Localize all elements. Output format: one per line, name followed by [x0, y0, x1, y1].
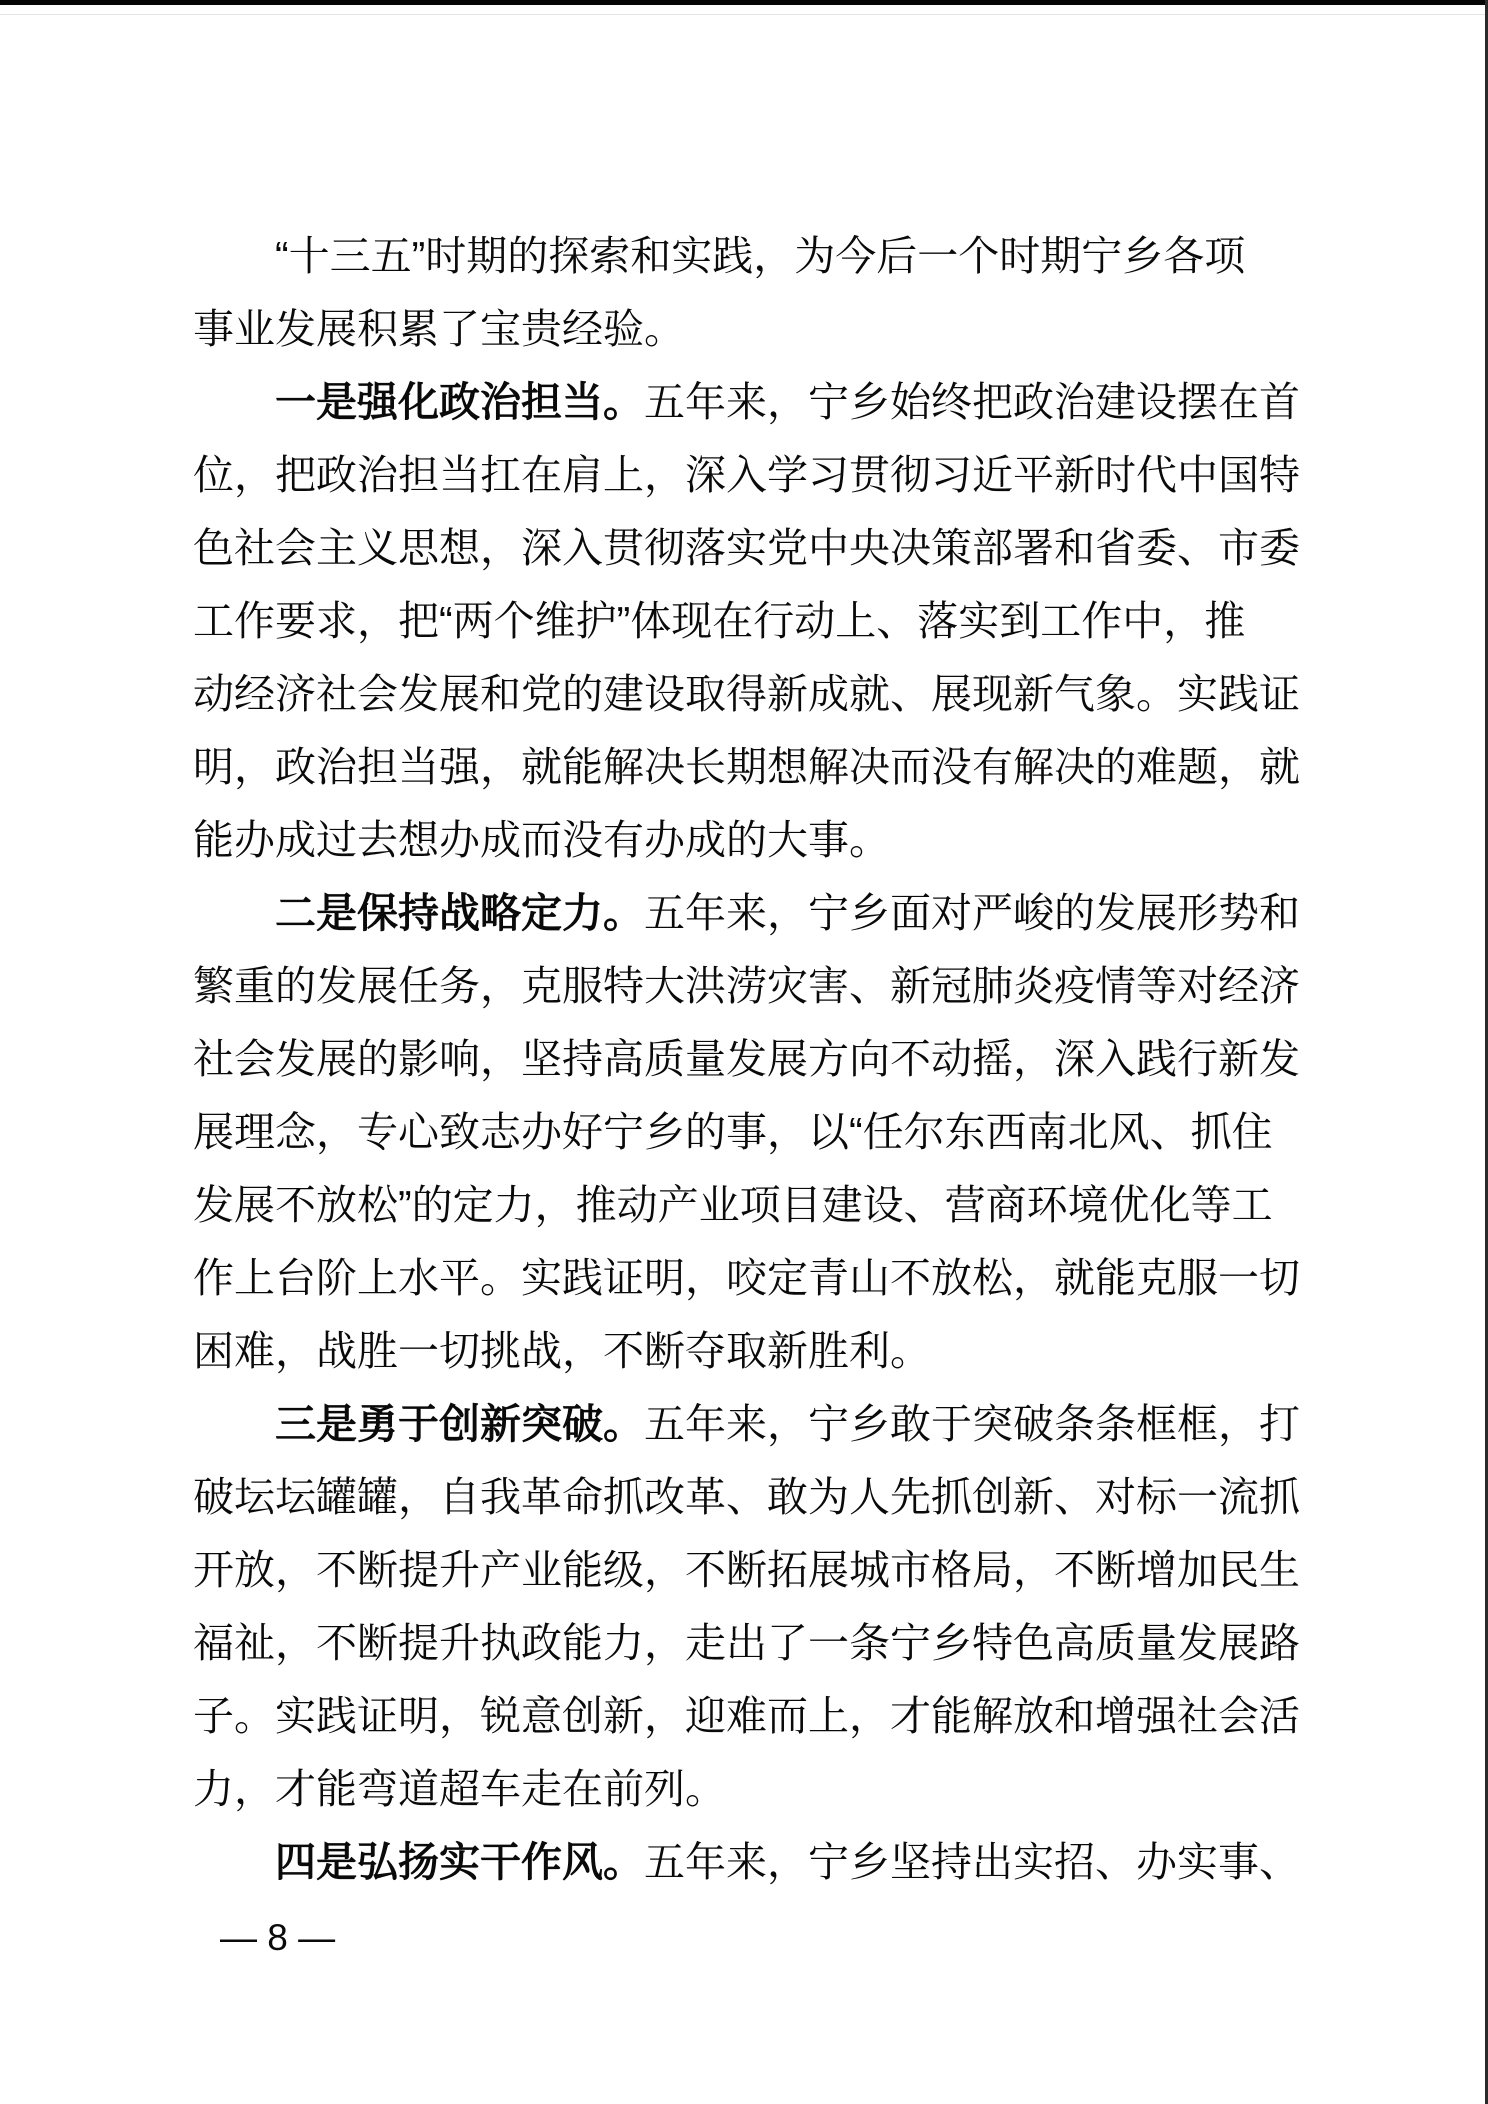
- text-run: 工作要求，把“两个维护”体现在行动上、落实到工作中，推: [193, 598, 1245, 644]
- bold-run: 一是强化政治担当。: [275, 379, 644, 425]
- text-line: 破坛坛罐罐，自我革命抓改革、敢为人先抓创新、对标一流抓: [193, 1461, 1303, 1534]
- text-run: 五年来，宁乡坚持出实招、办实事、: [644, 1839, 1300, 1885]
- scanned-document-page: “十三五”时期的探索和实践，为今后一个时期宁乡各项 事业发展积累了宝贵经验。 一…: [0, 0, 1488, 2104]
- text-run: 子。实践证明，锐意创新，迎难而上，才能解放和增强社会活: [193, 1693, 1300, 1739]
- text-line: “十三五”时期的探索和实践，为今后一个时期宁乡各项: [193, 220, 1303, 293]
- bold-run: 二是保持战略定力。: [275, 890, 644, 936]
- text-line: 明，政治担当强，就能解决长期想解决而没有解决的难题，就: [193, 731, 1303, 804]
- text-line: 困难，战胜一切挑战，不断夺取新胜利。: [193, 1315, 1303, 1388]
- text-line: 四是弘扬实干作风。五年来，宁乡坚持出实招、办实事、: [193, 1826, 1303, 1899]
- text-run: 位，把政治担当扛在肩上，深入学习贯彻习近平新时代中国特: [193, 452, 1300, 498]
- text-line: 二是保持战略定力。五年来，宁乡面对严峻的发展形势和: [193, 877, 1303, 950]
- text-run: 力，才能弯道超车走在前列。: [193, 1766, 726, 1812]
- page-number: — 8 —: [220, 1915, 335, 1961]
- text-run: 五年来，宁乡面对严峻的发展形势和: [644, 890, 1300, 936]
- bold-run: 四是弘扬实干作风。: [275, 1839, 644, 1885]
- bold-run: 三是勇于创新突破。: [275, 1401, 644, 1447]
- text-run: 作上台阶上水平。实践证明，咬定青山不放松，就能克服一切: [193, 1255, 1300, 1301]
- text-run: 繁重的发展任务，克服特大洪涝灾害、新冠肺炎疫情等对经济: [193, 963, 1300, 1009]
- scan-top-faint-line: [0, 14, 1488, 15]
- text-line: 事业发展积累了宝贵经验。: [193, 293, 1303, 366]
- document-body-text: “十三五”时期的探索和实践，为今后一个时期宁乡各项 事业发展积累了宝贵经验。 一…: [193, 220, 1303, 1899]
- text-line: 开放，不断提升产业能级，不断拓展城市格局，不断增加民生: [193, 1534, 1303, 1607]
- text-run: 能办成过去想办成而没有办成的大事。: [193, 817, 890, 863]
- text-line: 三是勇于创新突破。五年来，宁乡敢于突破条条框框，打: [193, 1388, 1303, 1461]
- text-run: “十三五”时期的探索和实践，为今后一个时期宁乡各项: [275, 233, 1245, 279]
- text-line: 展理念，专心致志办好宁乡的事，以“任尔东西南北风、抓住: [193, 1096, 1303, 1169]
- text-line: 繁重的发展任务，克服特大洪涝灾害、新冠肺炎疫情等对经济: [193, 950, 1303, 1023]
- text-run: 开放，不断提升产业能级，不断拓展城市格局，不断增加民生: [193, 1547, 1300, 1593]
- text-run: 破坛坛罐罐，自我革命抓改革、敢为人先抓创新、对标一流抓: [193, 1474, 1300, 1520]
- text-line: 一是强化政治担当。五年来，宁乡始终把政治建设摆在首: [193, 366, 1303, 439]
- text-line: 色社会主义思想，深入贯彻落实党中央决策部署和省委、市委: [193, 512, 1303, 585]
- text-run: 色社会主义思想，深入贯彻落实党中央决策部署和省委、市委: [193, 525, 1300, 571]
- text-run: 发展不放松”的定力，推动产业项目建设、营商环境优化等工: [193, 1182, 1273, 1228]
- text-run: 困难，战胜一切挑战，不断夺取新胜利。: [193, 1328, 931, 1374]
- scan-top-border: [0, 0, 1488, 5]
- text-line: 子。实践证明，锐意创新，迎难而上，才能解放和增强社会活: [193, 1680, 1303, 1753]
- text-run: 五年来，宁乡始终把政治建设摆在首: [644, 379, 1300, 425]
- text-run: 明，政治担当强，就能解决长期想解决而没有解决的难题，就: [193, 744, 1300, 790]
- text-line: 工作要求，把“两个维护”体现在行动上、落实到工作中，推: [193, 585, 1303, 658]
- text-line: 能办成过去想办成而没有办成的大事。: [193, 804, 1303, 877]
- text-line: 力，才能弯道超车走在前列。: [193, 1753, 1303, 1826]
- text-line: 位，把政治担当扛在肩上，深入学习贯彻习近平新时代中国特: [193, 439, 1303, 512]
- text-run: 社会发展的影响，坚持高质量发展方向不动摇，深入践行新发: [193, 1036, 1300, 1082]
- text-line: 发展不放松”的定力，推动产业项目建设、营商环境优化等工: [193, 1169, 1303, 1242]
- text-line: 作上台阶上水平。实践证明，咬定青山不放松，就能克服一切: [193, 1242, 1303, 1315]
- text-run: 福祉，不断提升执政能力，走出了一条宁乡特色高质量发展路: [193, 1620, 1300, 1666]
- text-run: 事业发展积累了宝贵经验。: [193, 306, 685, 352]
- text-run: 五年来，宁乡敢于突破条条框框，打: [644, 1401, 1300, 1447]
- text-run: 展理念，专心致志办好宁乡的事，以“任尔东西南北风、抓住: [193, 1109, 1273, 1155]
- text-line: 社会发展的影响，坚持高质量发展方向不动摇，深入践行新发: [193, 1023, 1303, 1096]
- text-run: 动经济社会发展和党的建设取得新成就、展现新气象。实践证: [193, 671, 1300, 717]
- text-line: 动经济社会发展和党的建设取得新成就、展现新气象。实践证: [193, 658, 1303, 731]
- text-line: 福祉，不断提升执政能力，走出了一条宁乡特色高质量发展路: [193, 1607, 1303, 1680]
